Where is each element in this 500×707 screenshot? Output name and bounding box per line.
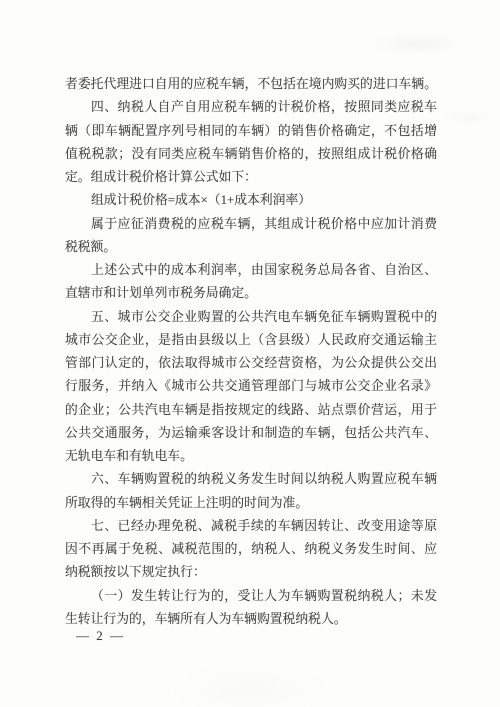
text-line: 定。组成计税价格计算公式如下： — [65, 166, 437, 189]
text-line: 辆（即车辆配置序列号相同的车辆）的销售价格确定，不包括增 — [65, 120, 437, 143]
text-line: 所取得的车辆相关凭证上注明的时间为准。 — [65, 492, 437, 515]
text-line: 值税税款；没有同类应税车辆销售价格的，按照组成计税价格确 — [65, 143, 437, 166]
text-line: 公共交通服务，为运输乘客设计和制造的车辆，包括公共汽车、 — [65, 422, 437, 445]
text-line: 税税额。 — [65, 236, 437, 259]
text-line: 者委托代理进口自用的应税车辆，不包括在境内购买的进口车辆。 — [65, 73, 437, 96]
text-line: 属于应征消费税的应税车辆，其组成计税价格中应加计消费 — [65, 213, 437, 236]
text-line: 行服务，并纳入《城市公共交通管理部门与城市公交企业名录》 — [65, 375, 437, 398]
text-line: 城市公交企业，是指由县级以上（含县级）人民政府交通运输主 — [65, 329, 437, 352]
document-page: 者委托代理进口自用的应税车辆，不包括在境内购买的进口车辆。四、纳税人自产自用应税… — [0, 0, 500, 707]
text-line: 直辖市和计划单列市税务局确定。 — [65, 282, 437, 305]
text-line: 七、已经办理免税、减税手续的车辆因转让、改变用途等原 — [65, 515, 437, 538]
text-line: 六、车辆购置税的纳税义务发生时间以纳税人购置应税车辆 — [65, 468, 437, 491]
page-number: — 2 — — [76, 624, 125, 647]
text-line: 组成计税价格=成本×（1+成本利润率） — [65, 189, 437, 212]
text-line: 上述公式中的成本利润率，由国家税务总局各省、自治区、 — [65, 259, 437, 282]
text-line: 无轨电车和有轨电车。 — [65, 445, 437, 468]
text-line: 四、纳税人自产自用应税车辆的计税价格，按照同类应税车 — [65, 96, 437, 119]
text-line: 的企业；公共汽电车辆是指按规定的线路、站点票价营运，用于 — [65, 399, 437, 422]
text-line: 管部门认定的，依法取得城市公交经营资格，为公众提供公交出 — [65, 352, 437, 375]
text-line: 因不再属于免税、减税范围的，纳税人、纳税义务发生时间、应 — [65, 538, 437, 561]
text-line: 五、城市公交企业购置的公共汽电车辆免征车辆购置税中的 — [65, 306, 437, 329]
text-line: （一）发生转让行为的，受让人为车辆购置税纳税人；未发 — [65, 585, 437, 608]
document-text: 者委托代理进口自用的应税车辆，不包括在境内购买的进口车辆。四、纳税人自产自用应税… — [65, 73, 437, 631]
text-line: 纳税额按以下规定执行： — [65, 561, 437, 584]
